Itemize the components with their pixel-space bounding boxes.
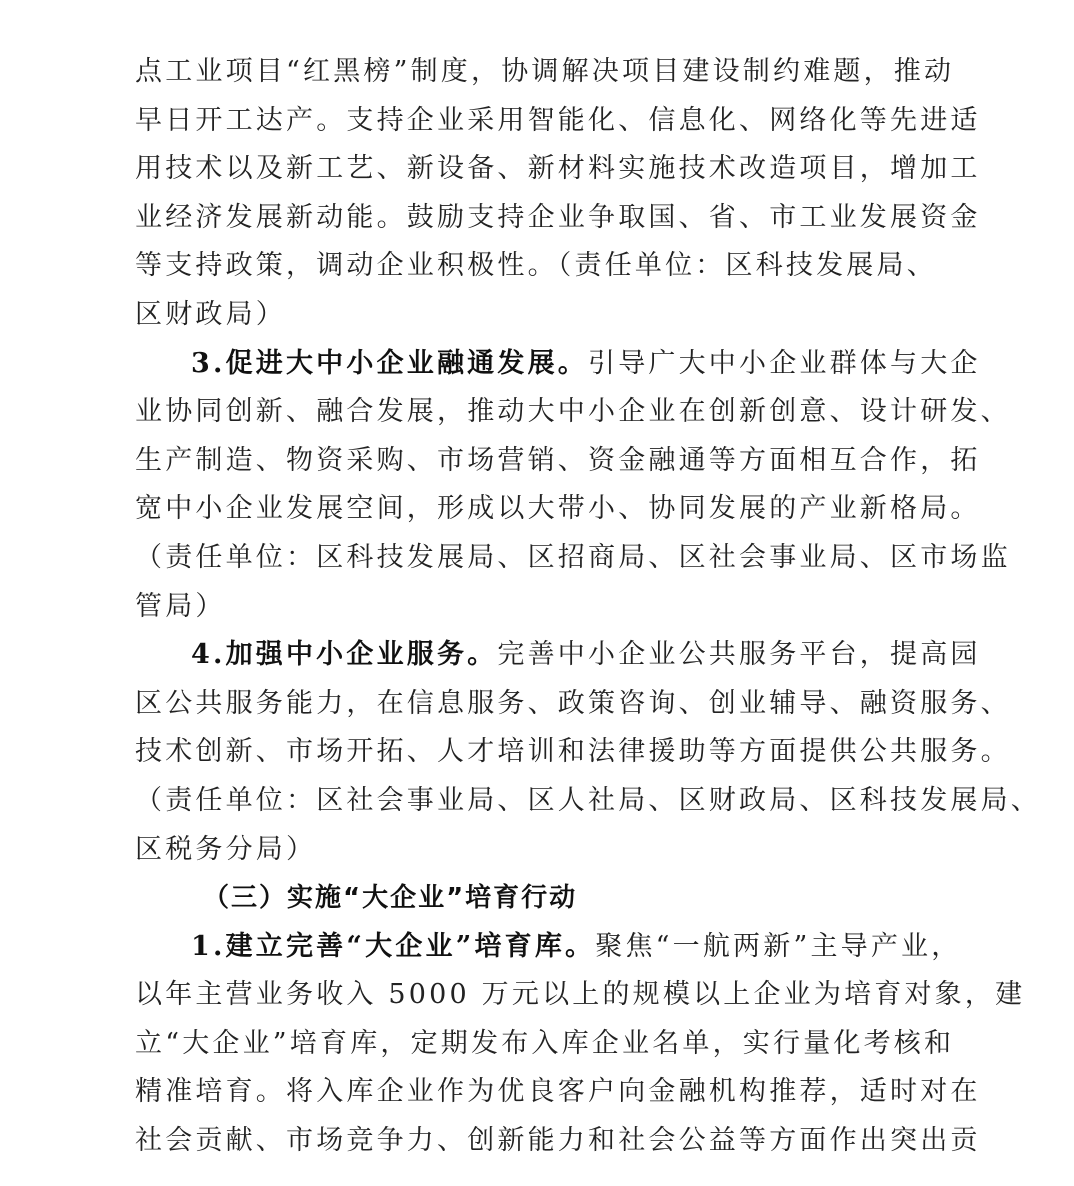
- paragraph-line: 业协同创新、融合发展，推动大中小企业在创新创意、设计研发、: [135, 388, 1035, 437]
- paragraph-line: 社会贡献、市场竞争力、创新能力和社会公益等方面作出突出贡: [135, 1117, 1035, 1166]
- paragraph-line: 管局）: [135, 583, 1035, 632]
- item-3-text: 引导广大中小企业群体与大企: [588, 348, 981, 379]
- item-3-title: 3.促进大中小企业融通发展。: [191, 348, 588, 379]
- section-heading: （三）实施“大企业”培育行动: [135, 874, 1035, 923]
- item-4-title: 4.加强中小企业服务。: [191, 639, 497, 670]
- item-4-first-line: 4.加强中小企业服务。完善中小企业公共服务平台，提高园: [135, 631, 1035, 680]
- item-3-first-line: 3.促进大中小企业融通发展。引导广大中小企业群体与大企: [135, 340, 1035, 389]
- item-1-title: 1.建立完善“大企业”培育库。: [191, 931, 595, 962]
- document-page: 点工业项目“红黑榜”制度，协调解决项目建设制约难题，推动 早日开工达产。支持企业…: [135, 48, 1035, 1166]
- paragraph-line: 等支持政策，调动企业积极性。（责任单位：区科技发展局、: [135, 242, 1035, 291]
- paragraph-line: 生产制造、物资采购、市场营销、资金融通等方面相互合作，拓: [135, 437, 1035, 486]
- paragraph-line: （责任单位：区社会事业局、区人社局、区财政局、区科技发展局、: [135, 777, 1035, 826]
- paragraph-line: （责任单位：区科技发展局、区招商局、区社会事业局、区市场监: [135, 534, 1035, 583]
- item-1-first-line: 1.建立完善“大企业”培育库。聚焦“一航两新”主导产业，: [135, 923, 1035, 972]
- paragraph-line: 点工业项目“红黑榜”制度，协调解决项目建设制约难题，推动: [135, 48, 1035, 97]
- paragraph-line: 区公共服务能力，在信息服务、政策咨询、创业辅导、融资服务、: [135, 680, 1035, 729]
- paragraph-line: 早日开工达产。支持企业采用智能化、信息化、网络化等先进适: [135, 97, 1035, 146]
- paragraph-line: 区税务分局）: [135, 826, 1035, 875]
- paragraph-line: 区财政局）: [135, 291, 1035, 340]
- paragraph-line: 业经济发展新动能。鼓励支持企业争取国、省、市工业发展资金: [135, 194, 1035, 243]
- paragraph-line: 精准培育。将入库企业作为优良客户向金融机构推荐，适时对在: [135, 1068, 1035, 1117]
- paragraph-line: 以年主营业务收入 5000 万元以上的规模以上企业为培育对象，建: [135, 971, 1035, 1020]
- item-1-text: 聚焦“一航两新”主导产业，: [595, 931, 961, 962]
- paragraph-line: 技术创新、市场开拓、人才培训和法律援助等方面提供公共服务。: [135, 728, 1035, 777]
- paragraph-line: 立“大企业”培育库，定期发布入库企业名单，实行量化考核和: [135, 1020, 1035, 1069]
- paragraph-line: 用技术以及新工艺、新设备、新材料实施技术改造项目，增加工: [135, 145, 1035, 194]
- paragraph-line: 宽中小企业发展空间，形成以大带小、协同发展的产业新格局。: [135, 485, 1035, 534]
- item-4-text: 完善中小企业公共服务平台，提高园: [497, 639, 980, 670]
